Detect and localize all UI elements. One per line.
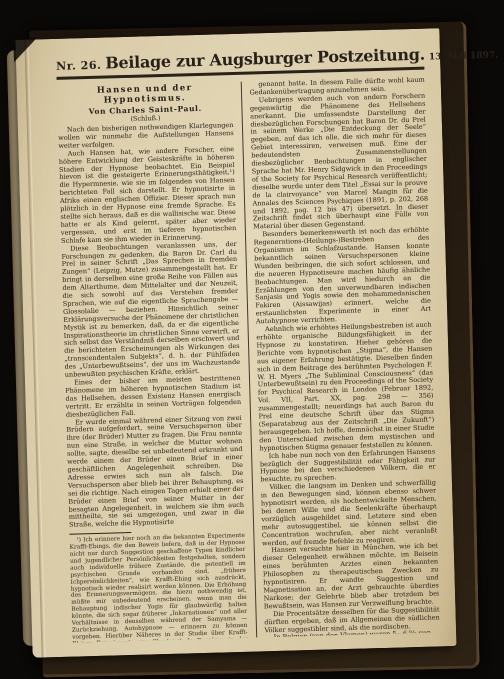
footnote-text: ¹) Ich erinnere hier noch an die bekannt… [69, 533, 248, 643]
article-paragraph: Besonders bemerkenswerth ist noch das er… [253, 227, 431, 327]
issue-number: Nr. 26. [56, 59, 101, 73]
text-columns: Hansen und der Hypnotismus. Von Charles … [57, 77, 440, 643]
article-paragraph: Auch Hansen hat, wie andere Forscher, ei… [59, 146, 237, 246]
article-paragraph: Aehnlich wie erhöhtes Heilungsbestreben … [256, 322, 435, 453]
issue-date: 13. Mai 1897. [429, 51, 499, 63]
page-content: Nr. 26. Beilage zur Augsburger Postzeitu… [56, 45, 440, 645]
article-paragraph: Uebrigens werden auch von andern Forsche… [250, 92, 429, 231]
newspaper-page: Nr. 26. Beilage zur Augsburger Postzeitu… [15, 28, 456, 658]
article-paragraph: Er wurde einmal während einer Sitzung vo… [66, 414, 245, 530]
left-column: Hansen und der Hypnotismus. Von Charles … [57, 82, 256, 643]
article-paragraph: Eines der bisher am meisten bestrittenen… [65, 375, 242, 419]
right-column: genannt hatte. In diesem Falle dürfte wo… [241, 77, 440, 638]
book-scan-scene: Nr. 26. Beilage zur Augsburger Postzeitu… [0, 0, 504, 679]
footnote-separator [69, 532, 131, 535]
page-corner-shadow [13, 37, 38, 62]
article-paragraph: Hansen versuchte hier in München, wie ic… [262, 543, 439, 611]
article-paragraph: Völker, die langsam im Denken und schwer… [260, 480, 437, 548]
article-paragraph: Diese Beobachtungen veranlassen uns, der… [61, 241, 240, 380]
